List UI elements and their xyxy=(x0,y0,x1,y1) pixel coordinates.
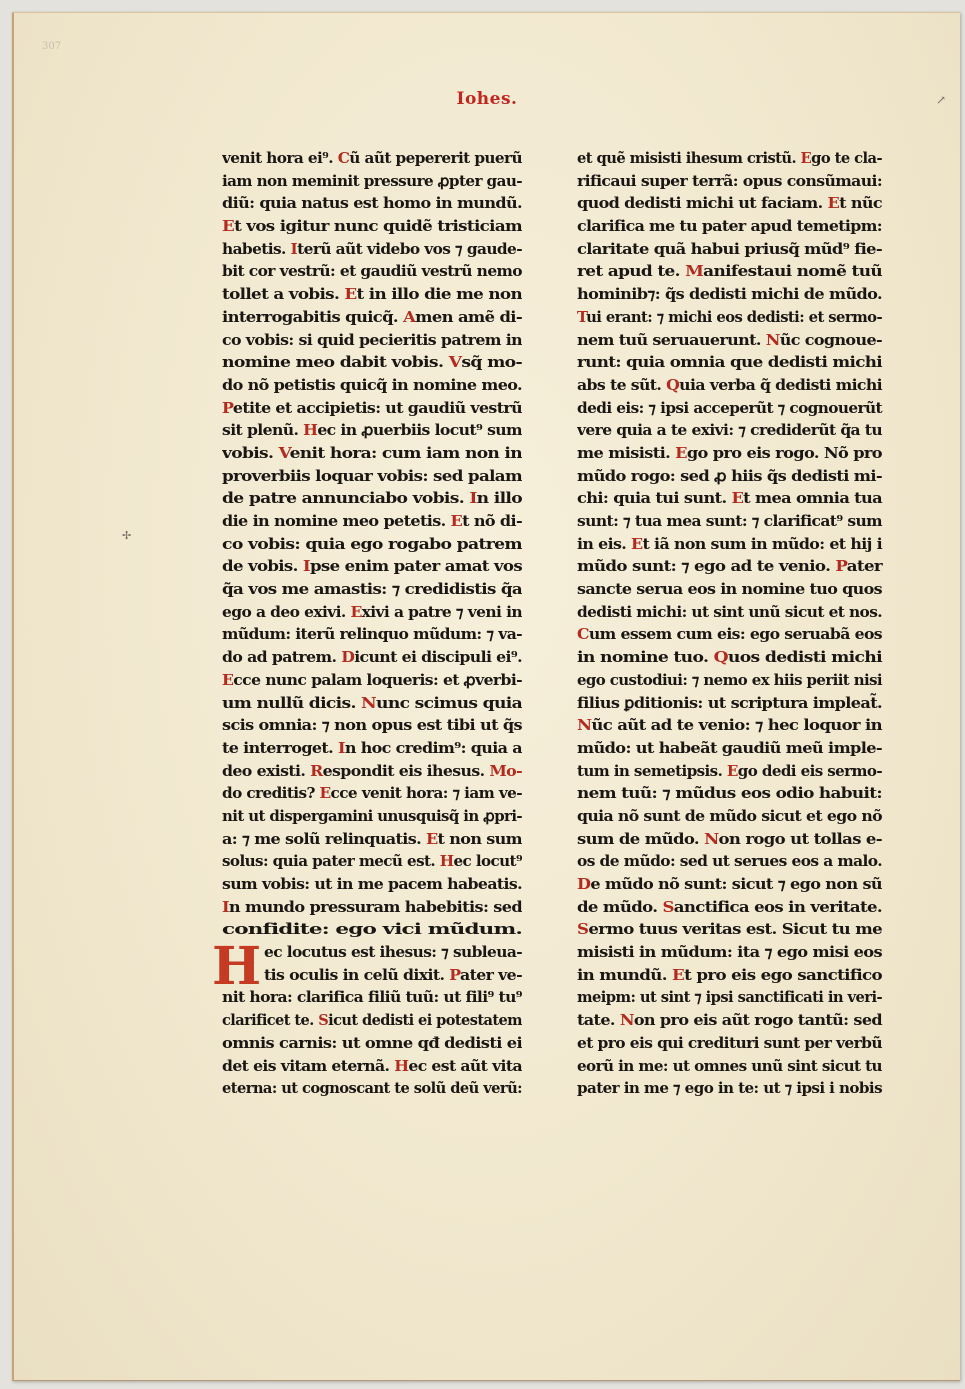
line-text: runt: quia omnia que dedisti michi xyxy=(577,353,882,371)
line-text: n hoc credim⁹: quia a xyxy=(345,739,522,757)
rubricated-initial: Q xyxy=(661,376,679,394)
text-line: co vobis: quia ego rogabo patrem xyxy=(222,533,522,556)
line-text: pse enim pater amat vos xyxy=(310,557,522,575)
text-line: Tui erant: ⁊ michi eos dedisti: et sermo… xyxy=(577,306,889,329)
rubricated-initial: D xyxy=(336,648,354,666)
line-text: t nõ di- xyxy=(462,512,522,530)
text-line: solus: quia pater mecũ est. Hec locut⁹ xyxy=(222,850,522,873)
line-text: um essem cum eis: ego seruabã eos xyxy=(589,625,882,643)
text-line: sunt: ⁊ tua mea sunt: ⁊ clarificat⁹ sum xyxy=(577,510,889,533)
text-line: ret apud te. Manifestaui nomẽ tuũ xyxy=(577,260,889,283)
line-text: me misisti. xyxy=(577,444,670,462)
text-line: quod dedisti michi ut faciam. Et nũc xyxy=(577,192,889,215)
text-line: mũdo rogo: sed ꝓ hiis q̃s dedisti mi- xyxy=(577,465,889,488)
line-text: espondit eis ihesus. xyxy=(323,762,485,780)
text-line: q̃a vos me amastis: ⁊ credidistis q̃a xyxy=(222,578,522,601)
text-line: nem tuũ seruauerunt. Nũc cognoue- xyxy=(577,329,889,352)
text-line: mũdum: iterũ relinquo mũdum: ⁊ va- xyxy=(222,623,522,646)
line-text: misisti in mũdum: ita ⁊ ego misi eos xyxy=(577,943,882,961)
line-text: sancte serua eos in nomine tuo quos xyxy=(577,580,882,598)
line-text: ermo tuus veritas est. Sicut tu me xyxy=(588,920,882,938)
line-text: ũ aũt pepererit puerũ xyxy=(349,149,522,167)
text-line: de mũdo. Sanctifica eos in veritate. xyxy=(577,896,889,919)
manuscript-page: 307 Iohes. venit hora ei⁹. Cũ aũt pepere… xyxy=(12,12,960,1381)
line-text: sum vobis: ut in me pacem habeatis. xyxy=(222,875,522,893)
line-text: dedi eis: ⁊ ipsi acceperũt ⁊ cognouerũt xyxy=(577,399,882,417)
text-line: et pro eis qui credituri sunt per verbũ xyxy=(577,1032,889,1055)
line-text: ec est aũt vita xyxy=(408,1057,522,1075)
line-text: filius ꝑditionis: ut scriptura impleat̃. xyxy=(577,694,882,712)
line-text: uia verba q̃ dedisti michi xyxy=(679,376,882,394)
text-line: Nũc aũt ad te venio: ⁊ hec loquor in xyxy=(577,714,889,737)
line-text: t mea omnia tua xyxy=(743,489,882,507)
text-line: ego a deo exivi. Exivi a patre ⁊ veni in xyxy=(222,601,522,624)
rubricated-initial: H xyxy=(298,421,317,439)
rubricated-initial: A xyxy=(398,308,415,326)
text-line: clarificet te. Sicut dedisti ei potestat… xyxy=(222,1009,522,1032)
line-text: mũdo rogo: sed ꝓ hiis q̃s dedisti mi- xyxy=(577,467,882,485)
line-text: solus: quia pater mecũ est. xyxy=(222,852,435,870)
text-line: abs te sũt. Quia verba q̃ dedisti michi xyxy=(577,374,889,397)
line-text: claritate quã habui priusq̃ mũd⁹ fie- xyxy=(577,240,882,258)
line-text: ater xyxy=(847,557,882,575)
rubricated-initial: C xyxy=(333,149,349,167)
text-line: sum de mũdo. Non rogo ut tollas e- xyxy=(577,828,889,851)
rubricated-initial: E xyxy=(339,285,356,303)
line-text: co vobis: si quid pecieritis patrem in xyxy=(222,331,522,349)
right-column: et quẽ misisti ihesum cristũ. Ego te cla… xyxy=(577,147,889,1100)
text-line: tum in semetipsis. Ego dedi eis sermo- xyxy=(577,760,889,783)
line-text: terũ aũt videbo vos ⁊ gaude- xyxy=(297,240,522,258)
text-line: misisti in mũdum: ita ⁊ ego misi eos xyxy=(577,941,889,964)
line-text: do ad patrem. xyxy=(222,648,336,666)
text-line: chi: quia tui sunt. Et mea omnia tua xyxy=(577,487,889,510)
line-text: ũc cognoue- xyxy=(780,331,882,349)
line-text: rificaui super terrã: opus consũmaui: xyxy=(577,172,882,190)
rubricated-initial: N xyxy=(356,694,376,712)
line-text: sit plenũ. xyxy=(222,421,298,439)
line-text: meipm: ut sint ⁊ ipsi sanctificati in ve… xyxy=(577,988,882,1006)
text-line: nit hora: clarifica filiũ tuũ: ut fili⁹ … xyxy=(222,986,522,1009)
rubricated-initial: N xyxy=(761,331,780,349)
text-line: habetis. Iterũ aũt videbo vos ⁊ gaude- xyxy=(222,238,522,261)
line-text: pater in me ⁊ ego in te: ut ⁊ ipsi i nob… xyxy=(577,1079,882,1097)
line-text: cce venit hora: ⁊ iam ve- xyxy=(331,784,522,802)
line-text: ego a deo exivi. xyxy=(222,603,346,621)
line-text: xivi a patre ⁊ veni in xyxy=(362,603,522,621)
line-text: proverbiis loquar vobis: sed palam xyxy=(222,467,522,485)
line-text: ec locut⁹ xyxy=(453,852,522,870)
line-text: ater ve- xyxy=(460,966,522,984)
line-text: scis omnia: ⁊ non opus est tibi ut q̃s xyxy=(222,716,522,734)
text-line: sum vobis: ut in me pacem habeatis. xyxy=(222,873,522,896)
text-line: Et vos igitur nunc quidẽ tristiciam xyxy=(222,215,522,238)
text-line: scis omnia: ⁊ non opus est tibi ut q̃s xyxy=(222,714,522,737)
text-line: de vobis. Ipse enim pater amat vos xyxy=(222,555,522,578)
text-line: iam non meminit pressure ꝓpter gau- xyxy=(222,170,522,193)
rubricated-initial: T xyxy=(577,308,586,326)
text-line: a: ⁊ me solũ relinquatis. Et non sum xyxy=(222,828,522,851)
line-text: etite et accipietis: ut gaudiũ vestrũ xyxy=(233,399,522,417)
text-line: diũ: quia natus est homo in mundũ. xyxy=(222,192,522,215)
rubricated-initial: N xyxy=(615,1011,634,1029)
text-line: omnis carnis: ut omne qđ dedisti ei xyxy=(222,1032,522,1055)
line-text: die in nomine meo petetis. xyxy=(222,512,446,530)
line-text: quod dedisti michi ut faciam. xyxy=(577,194,823,212)
running-head: Iohes. xyxy=(14,89,960,109)
text-line: vere quia a te exivi: ⁊ crediderũt q̃a t… xyxy=(577,419,889,442)
rubricated-initial: N xyxy=(577,716,591,734)
text-line: Ecce nunc palam loqueris: et ꝓverbi- xyxy=(222,669,522,692)
line-text: n mundo pressuram habebitis: sed xyxy=(229,898,522,916)
rubricated-initial: S xyxy=(314,1011,328,1029)
rubricated-initial: I xyxy=(333,739,345,757)
text-line: deo existi. Respondit eis ihesus. Mo- xyxy=(222,760,522,783)
text-line: eorũ in me: ut omnes unũ sint sicut tu xyxy=(577,1055,889,1078)
line-text: et pro eis qui credituri sunt per verbũ xyxy=(577,1034,882,1052)
line-text: venit hora ei⁹. xyxy=(222,149,333,167)
decorated-initial: H xyxy=(212,943,261,991)
text-line: venit hora ei⁹. Cũ aũt pepererit puerũ xyxy=(222,147,522,170)
line-text: tum in semetipsis. xyxy=(577,762,722,780)
text-line: confidite: ego vici mũdum. xyxy=(222,918,522,941)
text-line: um nullũ dicis. Nunc scimus quia xyxy=(222,692,522,715)
line-text: icut dedisti ei potestatem xyxy=(328,1011,522,1029)
rubricated-initial: N xyxy=(699,830,719,848)
rubricated-initial: V xyxy=(443,353,461,371)
line-text: hominib⁊: q̃s dedisti michi de mũdo. xyxy=(577,285,882,303)
text-line: mũdo sunt: ⁊ ego ad te venio. Pater xyxy=(577,555,889,578)
line-text: cce nunc palam loqueris: et ꝓverbi- xyxy=(233,671,522,689)
line-text: in nomine tuo. xyxy=(577,648,708,666)
text-line: det eis vitam eternã. Hec est aũt vita xyxy=(222,1055,522,1078)
line-text: sunt: ⁊ tua mea sunt: ⁊ clarificat⁹ sum xyxy=(577,512,882,530)
text-line: hominib⁊: q̃s dedisti michi de mũdo. xyxy=(577,283,889,306)
rubricated-initial: H xyxy=(389,1057,408,1075)
text-line: ego custodiui: ⁊ nemo ex hiis periit nis… xyxy=(577,669,889,692)
rubricated-initial: S xyxy=(577,920,588,938)
line-text: te interroget. xyxy=(222,739,333,757)
line-text: ũc aũt ad te venio: ⁊ hec loquor in xyxy=(591,716,882,734)
line-text: sq̃ mo- xyxy=(461,353,522,371)
line-text: clarifica me tu pater apud temetipm: xyxy=(577,217,882,235)
text-line: proverbiis loquar vobis: sed palam xyxy=(222,465,522,488)
line-text: do creditis? xyxy=(222,784,315,802)
line-text: on rogo ut tollas e- xyxy=(719,830,882,848)
text-line: meipm: ut sint ⁊ ipsi sanctificati in ve… xyxy=(577,986,889,1009)
text-line: in eis. Et iã non sum in mũdo: et hij i xyxy=(577,533,889,556)
line-text: mũdum: iterũ relinquo mũdum: ⁊ va- xyxy=(222,625,522,643)
rubricated-initial: S xyxy=(657,898,673,916)
line-text: iam non meminit pressure ꝓpter gau- xyxy=(222,172,522,190)
text-line: nit ut dispergamini unusquisq̃ in ꝓpri- xyxy=(222,805,522,828)
line-text: eorũ in me: ut omnes unũ sint sicut tu xyxy=(577,1057,882,1075)
line-text: ego custodiui: ⁊ nemo ex hiis periit nis… xyxy=(577,671,882,689)
margin-mark: ✢ xyxy=(122,529,131,542)
rubricated-initial: M xyxy=(680,262,703,280)
text-line: Sermo tuus veritas est. Sicut tu me xyxy=(577,918,889,941)
line-text: anctifica eos in veritate. xyxy=(674,898,882,916)
rubricated-initial: I xyxy=(286,240,297,258)
text-line: mũdo: ut habeãt gaudiũ meũ imple- xyxy=(577,737,889,760)
line-text: sum de mũdo. xyxy=(577,830,699,848)
rubricated-initial: E xyxy=(722,762,738,780)
line-text: n illo xyxy=(477,489,522,507)
rubricated-initial: E xyxy=(670,444,687,462)
rubricated-initial: E xyxy=(315,784,331,802)
line-text: anifestaui nomẽ tuũ xyxy=(703,262,882,280)
rubricated-initial: E xyxy=(421,830,438,848)
text-line: de patre annunciabo vobis. In illo xyxy=(222,487,522,510)
rubricated-initial: D xyxy=(577,875,590,893)
line-text: go dedi eis sermo- xyxy=(738,762,882,780)
rubricated-initial: H xyxy=(435,852,453,870)
line-text: in mundũ. xyxy=(577,966,667,984)
line-text: quia nõ sunt de mũdo sicut et ego nõ xyxy=(577,807,882,825)
text-line: co vobis: si quid pecieritis patrem in xyxy=(222,329,522,352)
line-text: det eis vitam eternã. xyxy=(222,1057,389,1075)
text-line: In mundo pressuram habebitis: sed xyxy=(222,896,522,919)
rubricated-initial: E xyxy=(796,149,811,167)
text-line: interrogabitis quicq̃. Amen amẽ di- xyxy=(222,306,522,329)
text-line: De mũdo nõ sunt: sicut ⁊ ego non sũ xyxy=(577,873,889,896)
rubricated-initial: E xyxy=(823,194,840,212)
text-line: do nõ petistis quicq̃ in nomine meo. xyxy=(222,374,522,397)
line-text: confidite: ego vici mũdum. xyxy=(222,920,522,938)
line-text: bit cor vestrũ: et gaudiũ vestrũ nemo xyxy=(222,262,522,280)
rubricated-initial: E xyxy=(346,603,362,621)
text-line: in nomine tuo. Quos dedisti michi xyxy=(577,646,889,669)
line-text: dedisti michi: ut sint unũ sicut et nos. xyxy=(577,603,882,621)
left-column: venit hora ei⁹. Cũ aũt pepererit puerũia… xyxy=(222,147,522,1100)
folio-number: 307 xyxy=(42,41,61,52)
line-text: tis oculis in celũ dixit. xyxy=(264,966,444,984)
text-line: rificaui super terrã: opus consũmaui: xyxy=(577,170,889,193)
rubricated-initial: E xyxy=(446,512,463,530)
line-text: de vobis. xyxy=(222,557,298,575)
line-text: ec in ꝓuerbiis locut⁹ sum xyxy=(317,421,522,439)
text-line: vobis. Venit hora: cum iam non in xyxy=(222,442,522,465)
edge-mark: ↗ xyxy=(936,93,946,107)
line-text: et quẽ misisti ihesum cristũ. xyxy=(577,149,796,167)
text-line: in mundũ. Et pro eis ego sanctifico xyxy=(577,964,889,987)
line-text: do nõ petistis quicq̃ in nomine meo. xyxy=(222,376,522,394)
line-text: enit hora: cum iam non in xyxy=(290,444,522,462)
line-text: um nullũ dicis. xyxy=(222,694,356,712)
text-line: pater in me ⁊ ego in te: ut ⁊ ipsi i nob… xyxy=(577,1077,889,1100)
line-text: nem tuũ seruauerunt. xyxy=(577,331,761,349)
text-line: tis oculis in celũ dixit. Pater ve- xyxy=(222,964,522,987)
rubricated-initial: R xyxy=(305,762,322,780)
line-text: men amẽ di- xyxy=(415,308,522,326)
text-line: nem tuũ: ⁊ mũdus eos odio habuit: xyxy=(577,782,889,805)
text-line: tate. Non pro eis aũt rogo tantũ: sed xyxy=(577,1009,889,1032)
line-text: omnis carnis: ut omne qđ dedisti ei xyxy=(222,1034,522,1052)
rubricated-initial: E xyxy=(726,489,743,507)
line-text: os de mũdo: sed ut serues eos a malo. xyxy=(577,852,882,870)
text-line: sancte serua eos in nomine tuo quos xyxy=(577,578,889,601)
line-text: t nũc xyxy=(839,194,882,212)
rubricated-initial: P xyxy=(222,399,233,417)
line-text: habetis. xyxy=(222,240,286,258)
rubricated-initial: V xyxy=(273,444,289,462)
text-line: bit cor vestrũ: et gaudiũ vestrũ nemo xyxy=(222,260,522,283)
line-text: ui erant: ⁊ michi eos dedisti: et sermo- xyxy=(586,308,882,326)
rubricated-initial: I xyxy=(464,489,477,507)
text-line: dedisti michi: ut sint unũ sicut et nos. xyxy=(577,601,889,624)
text-line: tollet a vobis. Et in illo die me non xyxy=(222,283,522,306)
line-text: ret apud te. xyxy=(577,262,680,280)
rubricated-initial: E xyxy=(667,966,684,984)
text-line: dedi eis: ⁊ ipsi acceperũt ⁊ cognouerũt xyxy=(577,397,889,420)
line-text: vere quia a te exivi: ⁊ crediderũt q̃a t… xyxy=(577,421,882,439)
line-text: a: ⁊ me solũ relinquatis. xyxy=(222,830,421,848)
line-text: go pro eis rogo. Nõ pro xyxy=(687,444,882,462)
line-text: nit ut dispergamini unusquisq̃ in ꝓpri- xyxy=(222,807,522,825)
line-text: icunt ei discipuli ei⁹. xyxy=(354,648,522,666)
line-text: tollet a vobis. xyxy=(222,285,339,303)
text-line: et quẽ misisti ihesum cristũ. Ego te cla… xyxy=(577,147,889,170)
line-text: mũdo: ut habeãt gaudiũ meũ imple- xyxy=(577,739,882,757)
text-line: me misisti. Ego pro eis rogo. Nõ pro xyxy=(577,442,889,465)
line-text: t non sum xyxy=(438,830,522,848)
rubricated-initial: E xyxy=(222,217,234,235)
text-line: runt: quia omnia que dedisti michi xyxy=(577,351,889,374)
rubricated-initial: I xyxy=(298,557,310,575)
line-text: chi: quia tui sunt. xyxy=(577,489,726,507)
line-text: deo existi. xyxy=(222,762,305,780)
text-line: die in nomine meo petetis. Et nõ di- xyxy=(222,510,522,533)
line-text: clarificet te. xyxy=(222,1011,314,1029)
line-text: in eis. xyxy=(577,535,626,553)
line-text: t in illo die me non xyxy=(356,285,522,303)
text-line: sit plenũ. Hec in ꝓuerbiis locut⁹ sum xyxy=(222,419,522,442)
line-text: t pro eis ego sanctifico xyxy=(684,966,882,984)
line-text: diũ: quia natus est homo in mundũ. xyxy=(222,194,522,212)
line-text: t vos igitur nunc quidẽ tristiciam xyxy=(234,217,522,235)
text-line: os de mũdo: sed ut serues eos a malo. xyxy=(577,850,889,873)
line-text: e mũdo nõ sunt: sicut ⁊ ego non sũ xyxy=(590,875,882,893)
text-line: Petite et accipietis: ut gaudiũ vestrũ xyxy=(222,397,522,420)
text-line: filius ꝑditionis: ut scriptura impleat̃. xyxy=(577,692,889,715)
rubricated-initial: P xyxy=(444,966,460,984)
text-line: do creditis? Ecce venit hora: ⁊ iam ve- xyxy=(222,782,522,805)
line-text: tate. xyxy=(577,1011,615,1029)
rubricated-initial: C xyxy=(577,625,589,643)
text-line: te interroget. In hoc credim⁹: quia a xyxy=(222,737,522,760)
line-text: nomine meo dabit vobis. xyxy=(222,353,443,371)
line-text: vobis. xyxy=(222,444,273,462)
line-text: nit hora: clarifica filiũ tuũ: ut fili⁹ … xyxy=(222,988,522,1006)
line-text: uos dedisti michi xyxy=(728,648,882,666)
line-text: unc scimus quia xyxy=(376,694,522,712)
text-line: eterna: ut cognoscant te solũ deũ verũ: xyxy=(222,1077,522,1100)
line-text: q̃a vos me amastis: ⁊ credidistis q̃a xyxy=(222,580,522,598)
text-line: quia nõ sunt de mũdo sicut et ego nõ xyxy=(577,805,889,828)
line-text: eterna: ut cognoscant te solũ deũ verũ: xyxy=(222,1079,522,1097)
rubricated-initial: Q xyxy=(708,648,728,666)
line-text: de patre annunciabo vobis. xyxy=(222,489,464,507)
rubricated-initial: E xyxy=(222,671,233,689)
text-line: Cum essem cum eis: ego seruabã eos xyxy=(577,623,889,646)
text-line: clarifica me tu pater apud temetipm: xyxy=(577,215,889,238)
line-text: ec locutus est ihesus: ⁊ subleua- xyxy=(264,943,522,961)
line-text: co vobis: quia ego rogabo patrem xyxy=(222,535,522,553)
chapter-start: Hec locutus est ihesus: ⁊ subleua-tis oc… xyxy=(222,941,522,986)
text-line: nomine meo dabit vobis. Vsq̃ mo- xyxy=(222,351,522,374)
text-line: claritate quã habui priusq̃ mũd⁹ fie- xyxy=(577,238,889,261)
line-text: on pro eis aũt rogo tantũ: sed xyxy=(634,1011,882,1029)
rubricated-initial: E xyxy=(626,535,642,553)
text-line: ec locutus est ihesus: ⁊ subleua- xyxy=(222,941,522,964)
line-text: mũdo sunt: ⁊ ego ad te venio. xyxy=(577,557,830,575)
line-text: interrogabitis quicq̃. xyxy=(222,308,398,326)
line-text: go te cla- xyxy=(811,149,882,167)
text-line: do ad patrem. Dicunt ei discipuli ei⁹. xyxy=(222,646,522,669)
line-text: nem tuũ: ⁊ mũdus eos odio habuit: xyxy=(577,784,882,802)
line-text: de mũdo. xyxy=(577,898,657,916)
rubricated-initial: P xyxy=(830,557,847,575)
line-text: abs te sũt. xyxy=(577,376,661,394)
line-text: t iã non sum in mũdo: et hij i xyxy=(642,535,882,553)
rubricated-initial: Mo- xyxy=(484,762,522,780)
rubricated-initial: I xyxy=(222,898,229,916)
